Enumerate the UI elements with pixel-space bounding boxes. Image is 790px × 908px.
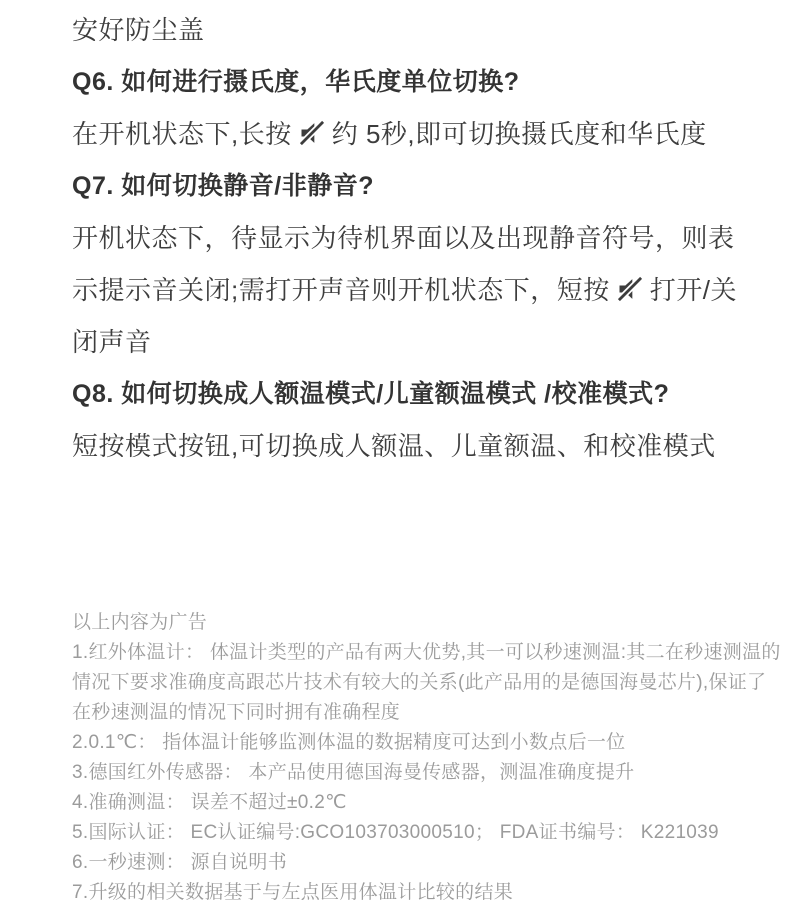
faq-q7-answer-line-2: 示提示音关闭;需打开声音则开机状态下，短按打开/关 (72, 264, 760, 316)
disclaimer-line: 7.升级的相关数据基于与左点医用体温计比较的结果 (72, 878, 760, 908)
faq-q7-answer-line-1: 开机状态下，待显示为待机界面以及出现静音符号，则表 (72, 212, 760, 264)
faq-q7-answer-line-3: 闭声音 (72, 316, 760, 368)
faq-q6-answer-text-pre: 在开机状态下,长按 (72, 119, 292, 149)
product-description-page: 安好防尘盖 Q6. 如何进行摄氏度，华氏度单位切换? 在开机状态下,长按约 5秒… (0, 0, 790, 908)
disclaimer-heading: 以上内容为广告 (72, 608, 760, 638)
volume-muted-icon (298, 119, 326, 147)
faq-q6-answer: 在开机状态下,长按约 5秒,即可切换摄氏度和华氏度 (72, 108, 760, 160)
volume-muted-icon (616, 275, 644, 303)
faq-q8-answer: 短按模式按钮,可切换成人额温、儿童额温、和校准模式 (72, 420, 760, 472)
disclaimer-line: 6.一秒速测： 源自说明书 (72, 848, 760, 878)
disclaimer-line: 4.准确测温： 误差不超过±0.2℃ (72, 788, 760, 818)
disclaimer-line: 2.0.1℃： 指体温计能够监测体温的数据精度可达到小数点后一位 (72, 728, 760, 758)
faq-q6-answer-text-post: 约 5秒,即可切换摄氏度和华氏度 (332, 119, 707, 149)
faq-q8-question: Q8. 如何切换成人额温模式/儿童额温模式 /校准模式? (72, 368, 760, 420)
disclaimer-section: 以上内容为广告 1.红外体温计： 体温计类型的产品有两大优势,其一可以秒速测温:… (0, 608, 790, 908)
faq-section: 安好防尘盖 Q6. 如何进行摄氏度，华氏度单位切换? 在开机状态下,长按约 5秒… (0, 0, 790, 472)
faq-q7-answer-text-pre: 示提示音关闭;需打开声音则开机状态下，短按 (72, 275, 610, 305)
disclaimer-line: 1.红外体温计： 体温计类型的产品有两大优势,其一可以秒速测温:其二在秒速测温的 (72, 638, 760, 668)
faq-q7-answer-text-post: 打开/关 (650, 275, 737, 305)
disclaimer-line: 情况下要求准确度高跟芯片技术有较大的关系(此产品用的是德国海曼芯片),保证了 (72, 668, 760, 698)
faq-q6-question: Q6. 如何进行摄氏度，华氏度单位切换? (72, 56, 760, 108)
disclaimer-line: 5.国际认证： EC认证编号:GCO103703000510； FDA证书编号：… (72, 818, 760, 848)
faq-q7-question: Q7. 如何切换静音/非静音? (72, 160, 760, 212)
intro-text: 安好防尘盖 (72, 4, 760, 56)
disclaimer-line: 3.德国红外传感器： 本产品使用德国海曼传感器，测温准确度提升 (72, 758, 760, 788)
disclaimer-line: 在秒速测温的情况下同时拥有准确程度 (72, 698, 760, 728)
